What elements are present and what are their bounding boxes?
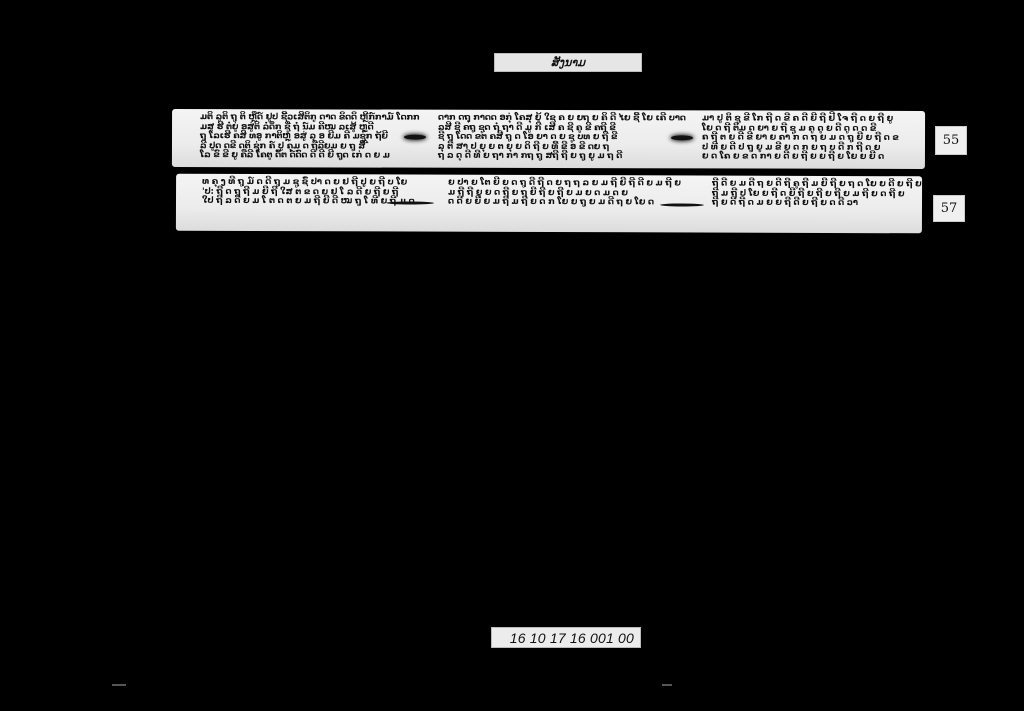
text-block-left: ມຕິ ລູຕິ ຖູ ຕິ ຫຼືດ໌ ຢູປ ຊີ້ວເສິຕິກູ ດາດ… <box>200 113 420 162</box>
palm-leaf-page-55: ມຕິ ລູຕິ ຖູ ຕິ ຫຼືດ໌ ຢູປ ຊີ້ວເສິຕິກູ ດາດ… <box>172 109 925 169</box>
text-line: ຖີ ຍ ດີ ຖີ ດ ມ ຍ ຍ ຖີ ດີ ຍ ຖີ ຍ ດ ດີ ວາ <box>712 199 922 209</box>
page-number-label: 57 <box>933 195 965 222</box>
text-block-middle: ຍ ປາ ຍ ໂຕ ຍີ ຍ ດ ຖູ ດີ ຖີ ດ ຍ ຖ ຖ ລ ຍ ມ … <box>448 179 681 209</box>
text-line: ຖ ລ ດຸ ດີ ທີ ຍ ຖາ ກາ ກຖ ຖູ ສຖີ ຖີ ຍ ຖູ ຍ… <box>438 152 686 162</box>
scan-artifact <box>662 684 672 686</box>
text-block-right: ຖີ ດີ ຍ ມ ດີ ຖ ຍ ດີ ຖີ ຄູ ຖີ ມ ຍີ ຖີ ຍ ຖ… <box>712 180 922 210</box>
text-line: ໂລ ຂົ ຂີ ຍູ ຄືລີ ໂຄຕູ ດົ້ຕ ດ໌ດົດ ດີ ດີ ຍ… <box>200 151 420 161</box>
title-label-text: ສັງນາມ <box>551 56 585 69</box>
binding-hole-icon <box>404 135 426 140</box>
text-line: ໃປ ຖີ ລ ດີ ຍ ມ ໂ ຕ ດ ຕ ຍ ມ ຖີ ຍີ ດີ ໝ ຖູ… <box>202 197 414 207</box>
text-block-right: ມາ ປູ ຕິ ຊູ ຂີ ໂກ ຖີ ດ ຂີ ຄ ດີ ຍີ ຖີ ຢີ … <box>702 114 899 162</box>
page-number-label: 55 <box>935 126 967 155</box>
text-line: ດ ດີ ຍ ຍີ ຍ ມ ຖີ ມ ຖີ ຍ ດ ກ ໂຍ ຍ ຖູ ຍ ມ … <box>448 198 681 208</box>
title-label: ສັງນາມ <box>494 53 642 72</box>
text-line: ຍ ດ ໂຄ ຍ ຂ ດ ກາ ຍ ດີ ຍ ຖີ ຍ ຍ ຖີ ຍ ໂຍ ຍ … <box>702 153 899 163</box>
page-number-text: 55 <box>943 133 960 148</box>
binding-hole-icon <box>671 135 693 140</box>
text-block-left: ທ ຄຸ ງ ທີ ຖູ ມ໌ ດ ດີ ຖູ ມ ຊູ ຊົ່ ປາ ດ ຍ … <box>202 178 415 208</box>
text-block-middle: ດາກ ດຖຸ ກາດດ ອກຸ່ ໂຄສຸ ຍູ້ ໃຊ ຄ ຍ ຍຖ ຍ ຄ… <box>438 114 686 163</box>
scan-artifact <box>112 684 126 686</box>
archive-code-label: 16 10 17 16 001 00 <box>491 627 641 648</box>
page-number-text: 57 <box>941 201 958 216</box>
archive-code-text: 16 10 17 16 001 00 <box>510 630 634 646</box>
palm-leaf-page-57: ທ ຄຸ ງ ທີ ຖູ ມ໌ ດ ດີ ຖູ ມ ຊູ ຊົ່ ປາ ດ ຍ … <box>176 174 922 234</box>
